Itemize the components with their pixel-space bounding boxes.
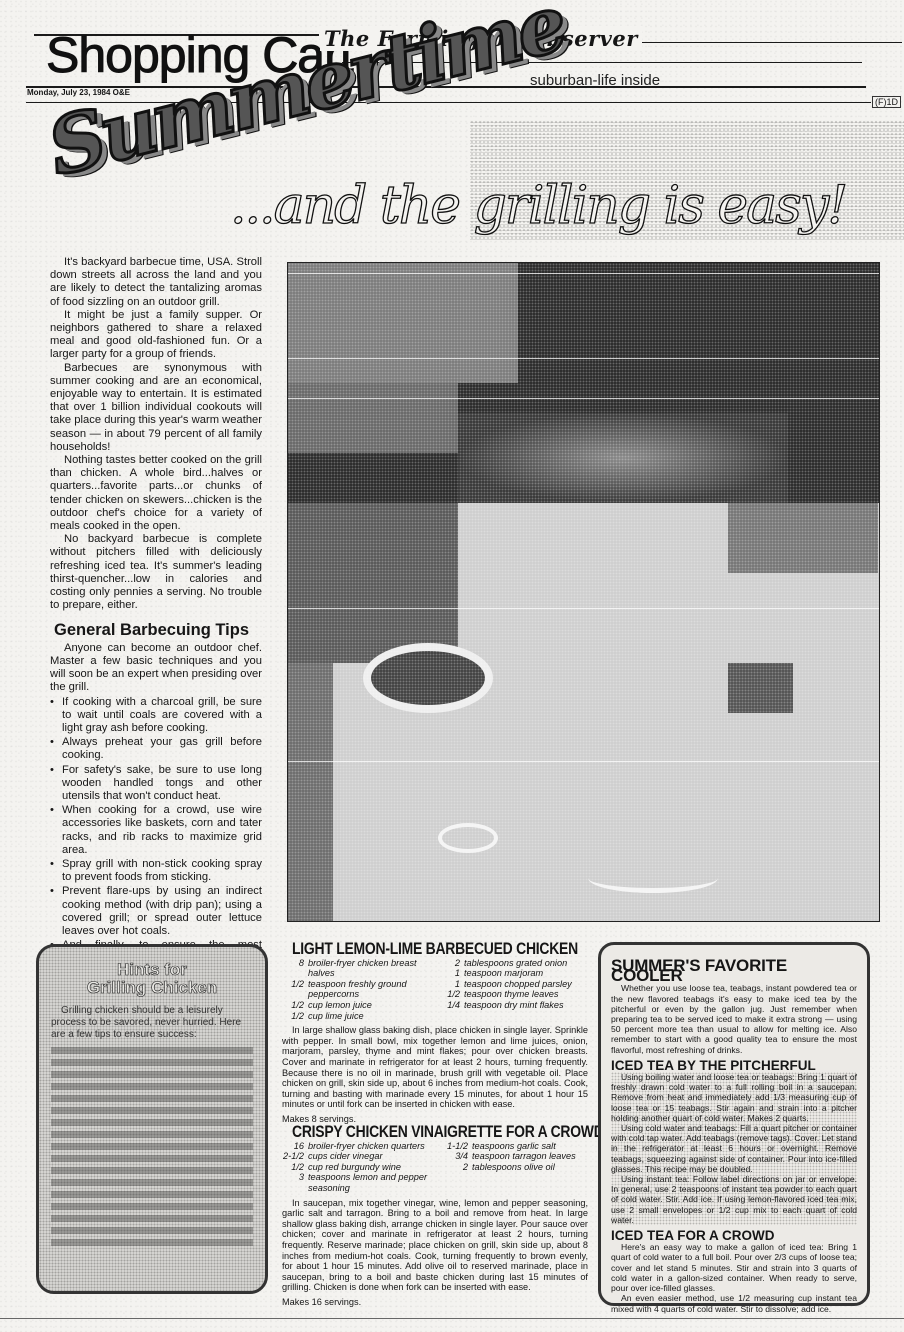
newspaper-page: Shopping Cart The Farmington Observer su…: [0, 0, 904, 1332]
tip-item: Spray grill with non-stick cooking spray…: [50, 858, 262, 884]
ingredients-list: 8broiler-fryer chicken breast halves 1/2…: [282, 958, 588, 1022]
summers-favorite-cooler-box: SUMMER'S FAVORITE COOLER Whether you use…: [598, 942, 870, 1306]
grilled-chicken-photo: [287, 262, 880, 922]
ingredient-qty: 2: [438, 1162, 472, 1173]
photo-platter: [363, 643, 493, 713]
ingredients-list: 16broiler-fryer chicken quarters 2-1/2cu…: [282, 1141, 588, 1194]
ingredient-qty: 1/2: [282, 1162, 308, 1173]
ingredient-qty: 3: [282, 1172, 308, 1193]
ingredient-item: 16broiler-fryer chicken quarters: [282, 1141, 432, 1152]
ingredient-qty: 1/2: [282, 1000, 308, 1011]
ingredient-item: 2tablespoons grated onion: [438, 958, 588, 969]
ingredient-qty: 2: [438, 958, 464, 969]
ingredient-item: 1/2cup red burgundy wine: [282, 1162, 432, 1173]
scan-line: [288, 273, 879, 274]
tips-heading: General Barbecuing Tips: [54, 624, 262, 637]
photo-grill-chicken: [458, 413, 788, 503]
ingredient-item: 2-1/2cups cider vinegar: [282, 1151, 432, 1162]
ingredients-column-right: 1-1/2teaspoons garlic salt 3/4teaspoon t…: [438, 1141, 588, 1194]
tip-item: Prevent flare-ups by using an indirect c…: [50, 885, 262, 938]
ingredient-name: broiler-fryer chicken quarters: [308, 1141, 425, 1152]
ingredient-qty: 8: [282, 958, 308, 979]
hints-title-line1: Hints for: [117, 960, 187, 979]
ingredient-name: teaspoon thyme leaves: [464, 989, 559, 1000]
ingredient-name: cup lime juice: [308, 1011, 364, 1022]
masthead-rule-top-right: [612, 42, 902, 43]
ingredient-name: teaspoon tarragon leaves: [472, 1151, 576, 1162]
pitcherful-section: Using boiling water and loose tea or tea…: [611, 1072, 857, 1225]
hints-intro: Grilling chicken should be a leisurely p…: [51, 1005, 253, 1041]
ingredient-item: 1/2teaspoon freshly ground peppercorns: [282, 979, 432, 1000]
hints-title-line2: Grilling Chicken: [87, 978, 217, 997]
ingredient-item: 1teaspoon marjoram: [438, 968, 588, 979]
pitcherful-heading: ICED TEA BY THE PITCHERFUL: [611, 1061, 857, 1071]
photo-shadow-area: [288, 383, 458, 453]
scan-line: [288, 398, 879, 399]
ingredient-qty: 1/2: [282, 1011, 308, 1022]
photo-dish-right: [728, 503, 878, 573]
crowd-paragraph: An even easier method, use 1/2 measuring…: [611, 1293, 857, 1313]
pitcherful-paragraph: Using instant tea: Follow label directio…: [611, 1174, 857, 1225]
ingredient-item: 1/2teaspoon thyme leaves: [438, 989, 588, 1000]
ingredient-qty: 1: [438, 979, 464, 990]
photo-window-area: [288, 263, 518, 383]
page-bottom-rule: [0, 1318, 904, 1319]
page-code: (F)1D: [872, 96, 901, 108]
pitcherful-paragraph: Using boiling water and loose tea or tea…: [611, 1072, 857, 1123]
ingredient-qty: 16: [282, 1141, 308, 1152]
ingredient-item: 3teaspoons lemon and pepper seasoning: [282, 1172, 432, 1193]
tip-item: For safety's sake, be sure to use long w…: [50, 764, 262, 804]
ingredient-item: 2tablespoons olive oil: [438, 1162, 588, 1173]
article-paragraph: Nothing tastes better cooked on the gril…: [50, 454, 262, 533]
ingredient-item: 3/4teaspoon tarragon leaves: [438, 1151, 588, 1162]
cooler-title: SUMMER'S FAVORITE COOLER: [611, 961, 857, 981]
article-paragraph: It might be just a family supper. Or nei…: [50, 309, 262, 362]
intro-article: It's backyard barbecue time, USA. Stroll…: [50, 256, 262, 992]
pitcherful-paragraph: Using cold water and teabags: Fill a qua…: [611, 1123, 857, 1174]
ingredient-name: teaspoon freshly ground peppercorns: [308, 979, 432, 1000]
photo-table-edge: [288, 663, 333, 922]
recipe-directions: In large shallow glass baking dish, plac…: [282, 1025, 588, 1110]
cooler-intro: Whether you use loose tea, teabags, inst…: [611, 983, 857, 1054]
ingredient-name: teaspoons garlic salt: [472, 1141, 556, 1152]
scan-line: [288, 761, 879, 762]
ingredient-qty: 2-1/2: [282, 1151, 308, 1162]
recipe-title: CRISPY CHICKEN VINAIGRETTE FOR A CROWD: [292, 1127, 535, 1138]
photo-plate-edge: [588, 863, 718, 893]
hints-grilling-chicken-box: Hints for Grilling Chicken Grilling chic…: [36, 944, 268, 1294]
crowd-paragraph: Here's an easy way to make a gallon of i…: [611, 1242, 857, 1293]
crowd-heading: ICED TEA FOR A CROWD: [611, 1231, 857, 1241]
recipe-directions: In saucepan, mix together vinegar, wine,…: [282, 1198, 588, 1293]
article-paragraph: No backyard barbecue is complete without…: [50, 533, 262, 612]
ingredients-column-left: 16broiler-fryer chicken quarters 2-1/2cu…: [282, 1141, 432, 1194]
ingredient-qty: 1: [438, 968, 464, 979]
photo-table-shadow: [288, 503, 458, 663]
ingredient-name: cups cider vinegar: [308, 1151, 383, 1162]
ingredient-name: cup lemon juice: [308, 1000, 372, 1011]
ingredient-name: tablespoons olive oil: [472, 1162, 555, 1173]
ingredient-name: teaspoons lemon and pepper seasoning: [308, 1172, 432, 1193]
ingredient-item: 8broiler-fryer chicken breast halves: [282, 958, 432, 979]
ingredient-name: teaspoon chopped parsley: [464, 979, 572, 990]
ingredient-item: 1/4teaspoon dry mint flakes: [438, 1000, 588, 1011]
ingredient-item: 1teaspoon chopped parsley: [438, 979, 588, 990]
article-paragraph: It's backyard barbecue time, USA. Stroll…: [50, 256, 262, 309]
ingredient-qty: 1/2: [438, 989, 464, 1000]
tips-intro: Anyone can become an outdoor chef. Maste…: [50, 642, 262, 695]
ingredients-column-right: 2tablespoons grated onion 1teaspoon marj…: [438, 958, 588, 1022]
tip-item: If cooking with a charcoal grill, be sur…: [50, 696, 262, 736]
article-paragraph: Barbecues are synonymous with summer coo…: [50, 362, 262, 454]
scan-line: [288, 358, 879, 359]
ingredient-item: 1-1/2teaspoons garlic salt: [438, 1141, 588, 1152]
ingredient-qty: 1/2: [282, 979, 308, 1000]
hints-illegible-text: [51, 1047, 253, 1247]
ingredients-column-left: 8broiler-fryer chicken breast halves 1/2…: [282, 958, 432, 1022]
ingredient-item: 1/2cup lemon juice: [282, 1000, 432, 1011]
ingredient-name: broiler-fryer chicken breast halves: [308, 958, 432, 979]
ingredient-name: teaspoon dry mint flakes: [464, 1000, 564, 1011]
recipe-yield: Makes 16 servings.: [282, 1297, 588, 1308]
tip-item: Always preheat your gas grill before coo…: [50, 736, 262, 762]
recipe-title: LIGHT LEMON-LIME BARBECUED CHICKEN: [292, 944, 535, 955]
ingredient-qty: 1-1/2: [438, 1141, 472, 1152]
recipe-chicken-vinaigrette: CRISPY CHICKEN VINAIGRETTE FOR A CROWD 1…: [282, 1127, 588, 1308]
recipe-lemon-lime-chicken: LIGHT LEMON-LIME BARBECUED CHICKEN 8broi…: [282, 944, 588, 1125]
scan-line: [288, 608, 879, 609]
ingredient-item: 1/2cup lime juice: [282, 1011, 432, 1022]
ingredient-name: teaspoon marjoram: [464, 968, 543, 979]
tip-item: When cooking for a crowd, use wire acces…: [50, 804, 262, 857]
ingredient-name: tablespoons grated onion: [464, 958, 567, 969]
photo-napkin-ring: [438, 823, 498, 853]
photo-glass: [728, 663, 793, 713]
ingredient-qty: 3/4: [438, 1151, 472, 1162]
tagline: suburban-life inside: [530, 72, 660, 89]
ingredient-qty: 1/4: [438, 1000, 464, 1011]
ingredient-name: cup red burgundy wine: [308, 1162, 401, 1173]
headline-subhead: ...and the grilling is easy!: [230, 180, 846, 232]
hints-title: Hints for Grilling Chicken: [51, 961, 253, 997]
